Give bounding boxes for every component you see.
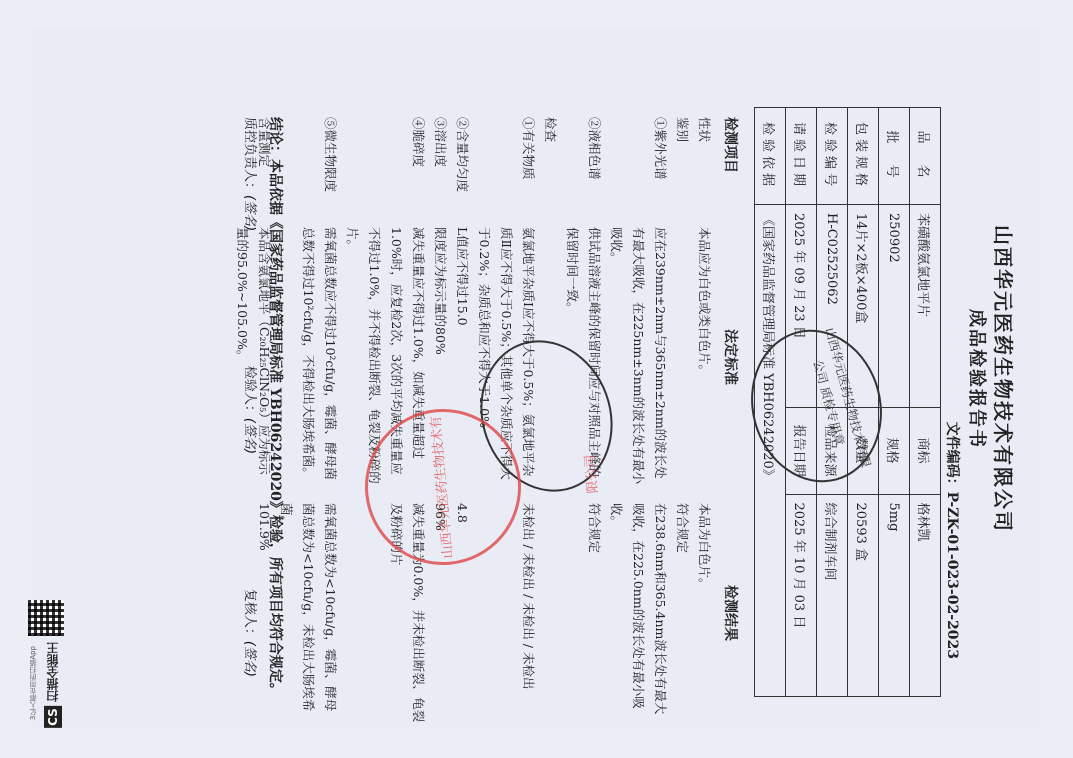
label: 检验依据 (755, 108, 786, 205)
doc-number-label: 文件编码： (944, 422, 960, 492)
inspector-signature: 检验人：(签名) (242, 366, 261, 454)
test-row: ②含量均匀度L值应不得过15.04.8 (451, 107, 473, 707)
test-row: ③溶出度限度应为标示量的80%96% (429, 107, 451, 707)
brand: 格林凯 (910, 494, 941, 697)
label: 品 名 (910, 108, 941, 205)
test-result (539, 487, 561, 723)
report-date: 2025 年 10 月 03 日 (786, 494, 817, 697)
label: 批 号 (879, 108, 910, 205)
batch: 250902 (879, 205, 910, 408)
test-standard: 本品应为白色或类白色片。 (693, 227, 715, 487)
quantity: 20593 盒 (848, 494, 879, 697)
test-item: ②液相色谱 (561, 107, 605, 227)
test-item: ③溶出度 (429, 107, 451, 227)
qr-code (28, 600, 64, 636)
inspection-report-page: 山西华元医药生物技术有限公司 成品检验报告书 文件编码：P-ZK-01-023-… (31, 29, 1041, 729)
header-result: 检测结果 (721, 487, 741, 723)
test-result: 符合规定 (671, 487, 693, 723)
conclusion: 结论：本品依据《国家药品监督管理局标准 YBH06242020》检验，所有项目均… (266, 117, 286, 697)
report-title: 成品检验报告书 (965, 29, 991, 729)
test-item: ①有关物质 (473, 107, 539, 227)
doc-number: 文件编码：P-ZK-01-023-02-2023 (943, 422, 963, 659)
test-row: ④脆碎度减失重量应不得过1.0%，如减失重量超过1.0%时，应复检2次，3次的平… (341, 107, 429, 707)
scanner-tagline: 3亿人都在用的扫描App (28, 646, 38, 720)
label: 请验日期 (786, 108, 817, 205)
header-standard: 法定标准 (721, 227, 741, 487)
scanner-watermark: CS 扫描全能王 3亿人都在用的扫描App (22, 600, 72, 745)
label: 规格 (879, 407, 910, 494)
test-row: ①紫外光谱应在239nm±2nm与365nm±2nm的波长处有最大吸收，在225… (605, 107, 671, 707)
label: 商标 (910, 407, 941, 494)
qc-head-signature: 质控负责人：(签名) (242, 117, 261, 231)
test-item: ①紫外光谱 (605, 107, 671, 227)
test-result: 在238.6nm和365.4nm波长处有最大吸收，在225.0nm的波长处有最小… (605, 487, 671, 723)
test-item: ④脆碎度 (341, 107, 429, 227)
test-item: ②含量均匀度 (451, 107, 473, 227)
doc-number-value: P-ZK-01-023-02-2023 (944, 492, 960, 659)
test-standard (671, 227, 693, 487)
label: 检验编号 (817, 108, 848, 205)
product-name: 苯磺酸氨氯地平片 (910, 205, 941, 408)
test-result: 符合规定 (561, 487, 605, 723)
test-standard: 应在239nm±2nm与365nm±2nm的波长处有最大吸收，在225nm±3n… (605, 227, 671, 487)
spec: 5mg (879, 494, 910, 697)
reviewer-signature: 复核人：(签名) (242, 589, 261, 677)
test-row: 性状本品应为白色或类白色片。本品为白色片。 (693, 107, 715, 707)
scanner-name: CS 扫描全能王 (44, 642, 61, 728)
test-result: 本品为白色片。 (693, 487, 715, 723)
header-item: 检测项目 (721, 107, 741, 227)
signatures: 质控负责人：(签名) 检验人：(签名) 复核人：(签名) (242, 117, 261, 677)
test-item: 性状 (693, 107, 715, 227)
test-row: 鉴别符合规定 (671, 107, 693, 707)
test-item: 鉴别 (671, 107, 693, 227)
company-name: 山西华元医药生物技术有限公司 (990, 29, 1019, 729)
source: 综合制剂车间 (817, 494, 848, 697)
label: 包装规格 (848, 108, 879, 205)
tests-header: 检测项目 法定标准 检测结果 (721, 107, 741, 707)
test-item: 检查 (539, 107, 561, 227)
